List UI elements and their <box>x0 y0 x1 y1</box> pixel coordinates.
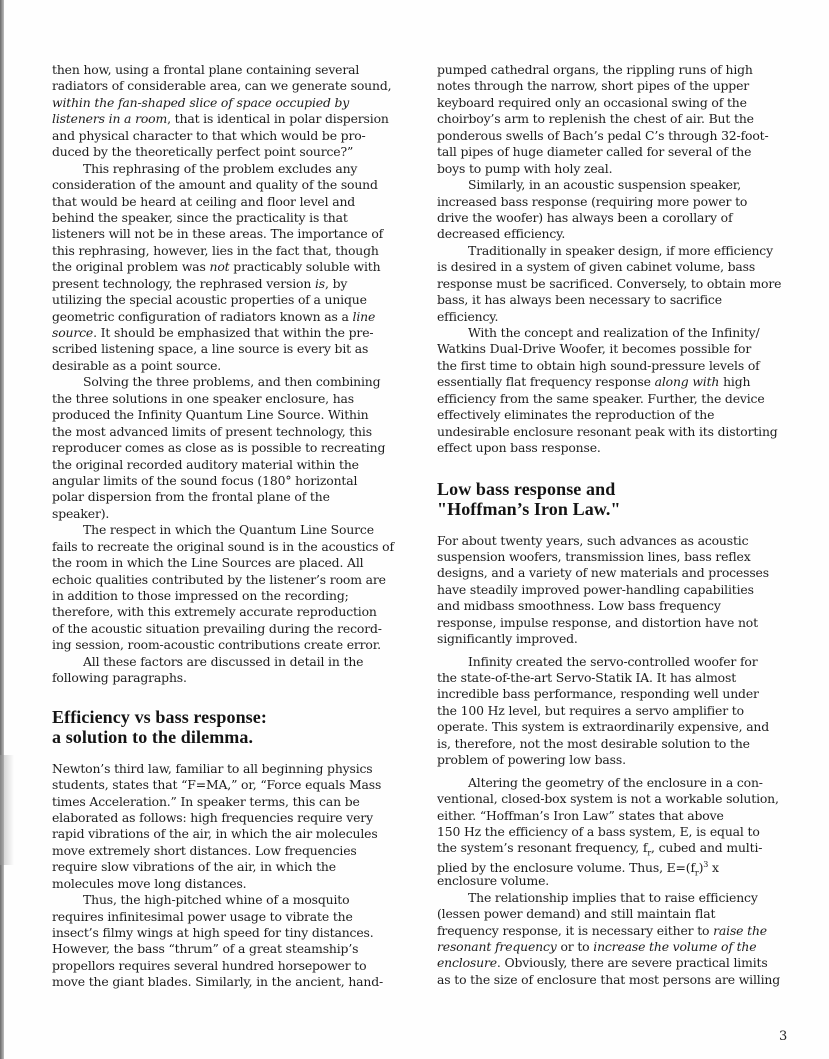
text-run: . Obviously, there are severe practical … <box>497 955 768 970</box>
text-line: Similarly, in an acoustic suspension spe… <box>437 177 793 193</box>
text-line: elaborated as follows: high frequencies … <box>52 810 402 826</box>
text-line: problem of powering low bass. <box>437 752 793 768</box>
text-line: The respect in which the Quantum Line So… <box>52 522 402 538</box>
text-line: scribed listening space, a line source i… <box>52 341 402 357</box>
text-line: response must be sacrificed. Conversely,… <box>437 276 793 292</box>
text-line: is desired in a system of given cabinet … <box>437 259 793 275</box>
text-line: designs, and a variety of new materials … <box>437 565 793 581</box>
page-number: 3 <box>779 1029 787 1044</box>
text-line: undesirable enclosure resonant peak with… <box>437 424 793 440</box>
text-line: the original recorded auditory material … <box>52 457 402 473</box>
text-run: geometric configuration of radiators kno… <box>52 309 353 324</box>
italic-text: along with <box>655 374 720 389</box>
text-line: move the giant blades. Similarly, in the… <box>52 974 402 990</box>
heading-line: "Hoffman’s Iron Law." <box>437 499 793 519</box>
text-line: move extremely short distances. Low freq… <box>52 843 402 859</box>
text-line: frequency response, it is necessary eith… <box>437 923 793 939</box>
italic-text: not <box>210 259 230 274</box>
text-line: consideration of the amount and quality … <box>52 177 402 193</box>
paragraph-7: Thus, the high-pitched whine of a mosqui… <box>52 892 402 991</box>
italic-text: source <box>52 325 93 340</box>
paragraph-8: The relationship implies that to raise e… <box>437 890 793 989</box>
text-line: polar dispersion from the frontal plane … <box>52 489 402 505</box>
text-line: ventional, closed-box system is not a wo… <box>437 791 793 807</box>
text-line: produced the Infinity Quantum Line Sourc… <box>52 407 402 423</box>
text-line: the state-of-the-art Servo-Statik IA. It… <box>437 670 793 686</box>
text-line: either. “Hoffman’s Iron Law” states that… <box>437 808 793 824</box>
text-line: the first time to obtain high sound-pres… <box>437 358 793 374</box>
text-line: molecules move long distances. <box>52 876 402 892</box>
text-line: requires infinitesimal power usage to vi… <box>52 909 402 925</box>
text-line: this rephrasing, however, lies in the fa… <box>52 243 402 259</box>
text-line: as to the size of enclosure that most pe… <box>437 972 793 988</box>
text-line: boys to pump with holy zeal. <box>437 161 793 177</box>
text-line: enclosure. Obviously, there are severe p… <box>437 955 793 971</box>
text-line: This rephrasing of the problem excludes … <box>52 161 402 177</box>
text-line: 150 Hz the efficiency of a bass system, … <box>437 824 793 840</box>
paragraph-5: For about twenty years, such advances as… <box>437 533 793 648</box>
text-line: in addition to those impressed on the re… <box>52 588 402 604</box>
text-line: With the concept and realization of the … <box>437 325 793 341</box>
paragraph-3: Traditionally in speaker design, if more… <box>437 243 793 325</box>
italic-text: listeners in a room <box>52 111 167 126</box>
paragraph-1: pumped cathedral organs, the rippling ru… <box>437 62 793 177</box>
italic-text: enclosure <box>437 955 497 970</box>
text-line: the room in which the Line Sources are p… <box>52 555 402 571</box>
text-line: the 100 Hz level, but requires a servo a… <box>437 703 793 719</box>
text-line: and midbass smoothness. Low bass frequen… <box>437 598 793 614</box>
text-line: significantly improved. <box>437 631 793 647</box>
text-line: drive the woofer) has always been a coro… <box>437 210 793 226</box>
text-line: duced by the theoretically perfect point… <box>52 144 402 160</box>
text-run: or to <box>557 939 594 954</box>
text-line: the three solutions in one speaker enclo… <box>52 391 402 407</box>
scan-smudge <box>0 755 14 865</box>
text-run: frequency response, it is necessary eith… <box>437 923 713 938</box>
text-line: Infinity created the servo-controlled wo… <box>437 654 793 670</box>
text-line: desirable as a point source. <box>52 358 402 374</box>
text-line: times Acceleration.” In speaker terms, t… <box>52 794 402 810</box>
italic-text: is <box>315 276 325 291</box>
text-line: effect upon bass response. <box>437 440 793 456</box>
text-line: tall pipes of huge diameter called for s… <box>437 144 793 160</box>
text-line: propellors requires several hundred hors… <box>52 958 402 974</box>
text-line: Solving the three problems, and then com… <box>52 374 402 390</box>
text-line: ing session, room-acoustic contributions… <box>52 637 402 653</box>
text-run: present technology, the rephrased versio… <box>52 276 315 291</box>
text-run: practicably soluble with <box>230 259 381 274</box>
text-line: is, therefore, not the most desirable so… <box>437 736 793 752</box>
text-line: therefore, with this extremely accurate … <box>52 604 402 620</box>
text-line: pumped cathedral organs, the rippling ru… <box>437 62 793 78</box>
text-line: angular limits of the sound focus (180° … <box>52 473 402 489</box>
text-line: speaker). <box>52 506 402 522</box>
paragraph-4: The respect in which the Quantum Line So… <box>52 522 402 654</box>
text-line: of the acoustic situation prevailing dur… <box>52 621 402 637</box>
text-line: listeners in a room, that is identical i… <box>52 111 402 127</box>
text-line: and physical character to that which wou… <box>52 128 402 144</box>
text-line: plied by the enclosure volume. Thus, E=(… <box>437 857 793 873</box>
right-column: pumped cathedral organs, the rippling ru… <box>437 62 793 988</box>
text-line: keyboard required only an occasional swi… <box>437 95 793 111</box>
text-run: , by <box>325 276 347 291</box>
text-line: following paragraphs. <box>52 670 402 686</box>
text-line: choirboy’s arm to replenish the chest of… <box>437 111 793 127</box>
paragraph-7: Altering the geometry of the enclosure i… <box>437 775 793 890</box>
text-line: geometric configuration of radiators kno… <box>52 309 402 325</box>
text-line: However, the bass “thrum” of a great ste… <box>52 941 402 957</box>
text-line: behind the speaker, since the practicali… <box>52 210 402 226</box>
text-line: suspension woofers, transmission lines, … <box>437 549 793 565</box>
text-line: Traditionally in speaker design, if more… <box>437 243 793 259</box>
text-line: reproducer comes as close as is possible… <box>52 440 402 456</box>
text-line: effectively eliminates the reproduction … <box>437 407 793 423</box>
text-run: the original problem was <box>52 259 210 274</box>
italic-text: within the fan-shaped slice of space occ… <box>52 95 349 110</box>
text-run: , cubed and multi- <box>651 840 762 855</box>
text-line: Newton’s third law, familiar to all begi… <box>52 761 402 777</box>
text-line: increased bass response (requiring more … <box>437 194 793 210</box>
text-line: Watkins Dual-Drive Woofer, it becomes po… <box>437 341 793 357</box>
text-line: incredible bass performance, responding … <box>437 686 793 702</box>
text-line: rapid vibrations of the air, in which th… <box>52 826 402 842</box>
heading-line: a solution to the dilemma. <box>52 727 402 747</box>
text-line: the most advanced limits of present tech… <box>52 424 402 440</box>
text-line: enclosure volume. <box>437 873 793 889</box>
italic-text: increase the volume of the <box>593 939 756 954</box>
text-line: listeners will not be in these areas. Th… <box>52 226 402 242</box>
text-line: operate. This system is extraordinarily … <box>437 719 793 735</box>
text-line: insect’s filmy wings at high speed for t… <box>52 925 402 941</box>
text-line: fails to recreate the original sound is … <box>52 539 402 555</box>
text-line: essentially flat frequency response alon… <box>437 374 793 390</box>
text-line: present technology, the rephrased versio… <box>52 276 402 292</box>
text-line: bass, it has always been necessary to sa… <box>437 292 793 308</box>
text-run: high <box>719 374 750 389</box>
paragraph-3: Solving the three problems, and then com… <box>52 374 402 522</box>
text-line: For about twenty years, such advances as… <box>437 533 793 549</box>
text-line: The relationship implies that to raise e… <box>437 890 793 906</box>
text-line: decreased efficiency. <box>437 226 793 242</box>
paragraph-1: then how, using a frontal plane containi… <box>52 62 402 161</box>
text-line: source. It should be emphasized that wit… <box>52 325 402 341</box>
text-line: the system’s resonant frequency, fr, cub… <box>437 840 793 856</box>
text-line: require slow vibrations of the air, in w… <box>52 859 402 875</box>
text-line: notes through the narrow, short pipes of… <box>437 78 793 94</box>
paragraph-2: Similarly, in an acoustic suspension spe… <box>437 177 793 243</box>
text-line: Thus, the high-pitched whine of a mosqui… <box>52 892 402 908</box>
text-line: resonant frequency or to increase the vo… <box>437 939 793 955</box>
paragraph-2: This rephrasing of the problem excludes … <box>52 161 402 375</box>
text-line: radiators of considerable area, can we g… <box>52 78 402 94</box>
paragraph-6: Newton’s third law, familiar to all begi… <box>52 761 402 893</box>
text-line: have steadily improved power-handling ca… <box>437 582 793 598</box>
scan-binding-edge <box>0 0 4 1059</box>
paragraph-4: With the concept and realization of the … <box>437 325 793 457</box>
text-line: efficiency from the same speaker. Furthe… <box>437 391 793 407</box>
text-line: efficiency. <box>437 309 793 325</box>
text-line: that would be heard at ceiling and floor… <box>52 194 402 210</box>
text-run: . It should be emphasized that within th… <box>93 325 373 340</box>
paragraph-6: Infinity created the servo-controlled wo… <box>437 654 793 769</box>
text-line: All these factors are discussed in detai… <box>52 654 402 670</box>
italic-text: resonant frequency <box>437 939 557 954</box>
text-run: essentially flat frequency response <box>437 374 655 389</box>
text-line: the original problem was not practicably… <box>52 259 402 275</box>
text-run: , that is identical in polar dispersion <box>167 111 389 126</box>
text-line: utilizing the special acoustic propertie… <box>52 292 402 308</box>
section-heading-hoffman: Low bass response and "Hoffman’s Iron La… <box>437 479 793 519</box>
italic-text: line <box>353 309 376 324</box>
left-column: then how, using a frontal plane containi… <box>52 62 402 991</box>
text-line: then how, using a frontal plane containi… <box>52 62 402 78</box>
paragraph-5: All these factors are discussed in detai… <box>52 654 402 687</box>
section-heading-efficiency: Efficiency vs bass response: a solution … <box>52 707 402 747</box>
text-run: x <box>708 860 719 875</box>
text-line: Altering the geometry of the enclosure i… <box>437 775 793 791</box>
text-line: (lessen power demand) and still maintain… <box>437 906 793 922</box>
text-line: ponderous swells of Bach’s pedal C’s thr… <box>437 128 793 144</box>
italic-text: raise the <box>713 923 767 938</box>
text-line: students, states that “F=MA,” or, “Force… <box>52 777 402 793</box>
text-line: response, impulse response, and distorti… <box>437 615 793 631</box>
text-line: echoic qualities contributed by the list… <box>52 572 402 588</box>
heading-line: Low bass response and <box>437 479 793 499</box>
text-line: within the fan-shaped slice of space occ… <box>52 95 402 111</box>
heading-line: Efficiency vs bass response: <box>52 707 402 727</box>
text-run: the system’s resonant frequency, f <box>437 840 647 855</box>
